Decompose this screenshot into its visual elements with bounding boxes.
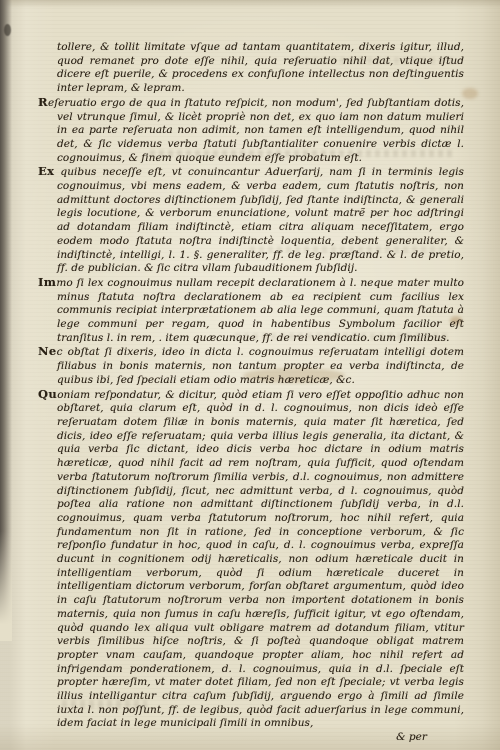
paragraph-initial: Ex bbox=[38, 164, 54, 178]
foxing-spot bbox=[462, 88, 478, 99]
paragraph-initial: R bbox=[38, 95, 48, 109]
paragraph-initial: Im bbox=[38, 275, 56, 289]
paragraph: Ex quibus neceſſe eſt, vt conuincantur A… bbox=[57, 165, 464, 276]
paragraph: Nec obſtat ſi dixeris, ideo in dicta l. … bbox=[57, 345, 464, 387]
scan-edge-shadow bbox=[0, 0, 12, 640]
paragraph: Reſeruatio ergo de qua in ſtatuto reſpic… bbox=[57, 96, 464, 166]
catchword-text: & per bbox=[396, 731, 427, 743]
paragraph: Quoniam reſpondatur, & dicitur, quòd eti… bbox=[57, 388, 464, 732]
text-block: tollere, & tollit limitate vſque ad tant… bbox=[57, 41, 464, 745]
scanned-book-page: tollere, & tollit limitate vſque ad tant… bbox=[0, 0, 500, 750]
paragraph-initial: Ne bbox=[38, 344, 57, 358]
paragraph: tollere, & tollit limitate vſque ad tant… bbox=[57, 41, 464, 96]
paragraph-initial: Qu bbox=[38, 387, 57, 401]
paragraph: Immo ſi lex cognouimus nullam recepit de… bbox=[57, 276, 464, 346]
catchword: & per bbox=[57, 731, 464, 745]
scan-edge-fade bbox=[0, 531, 12, 641]
